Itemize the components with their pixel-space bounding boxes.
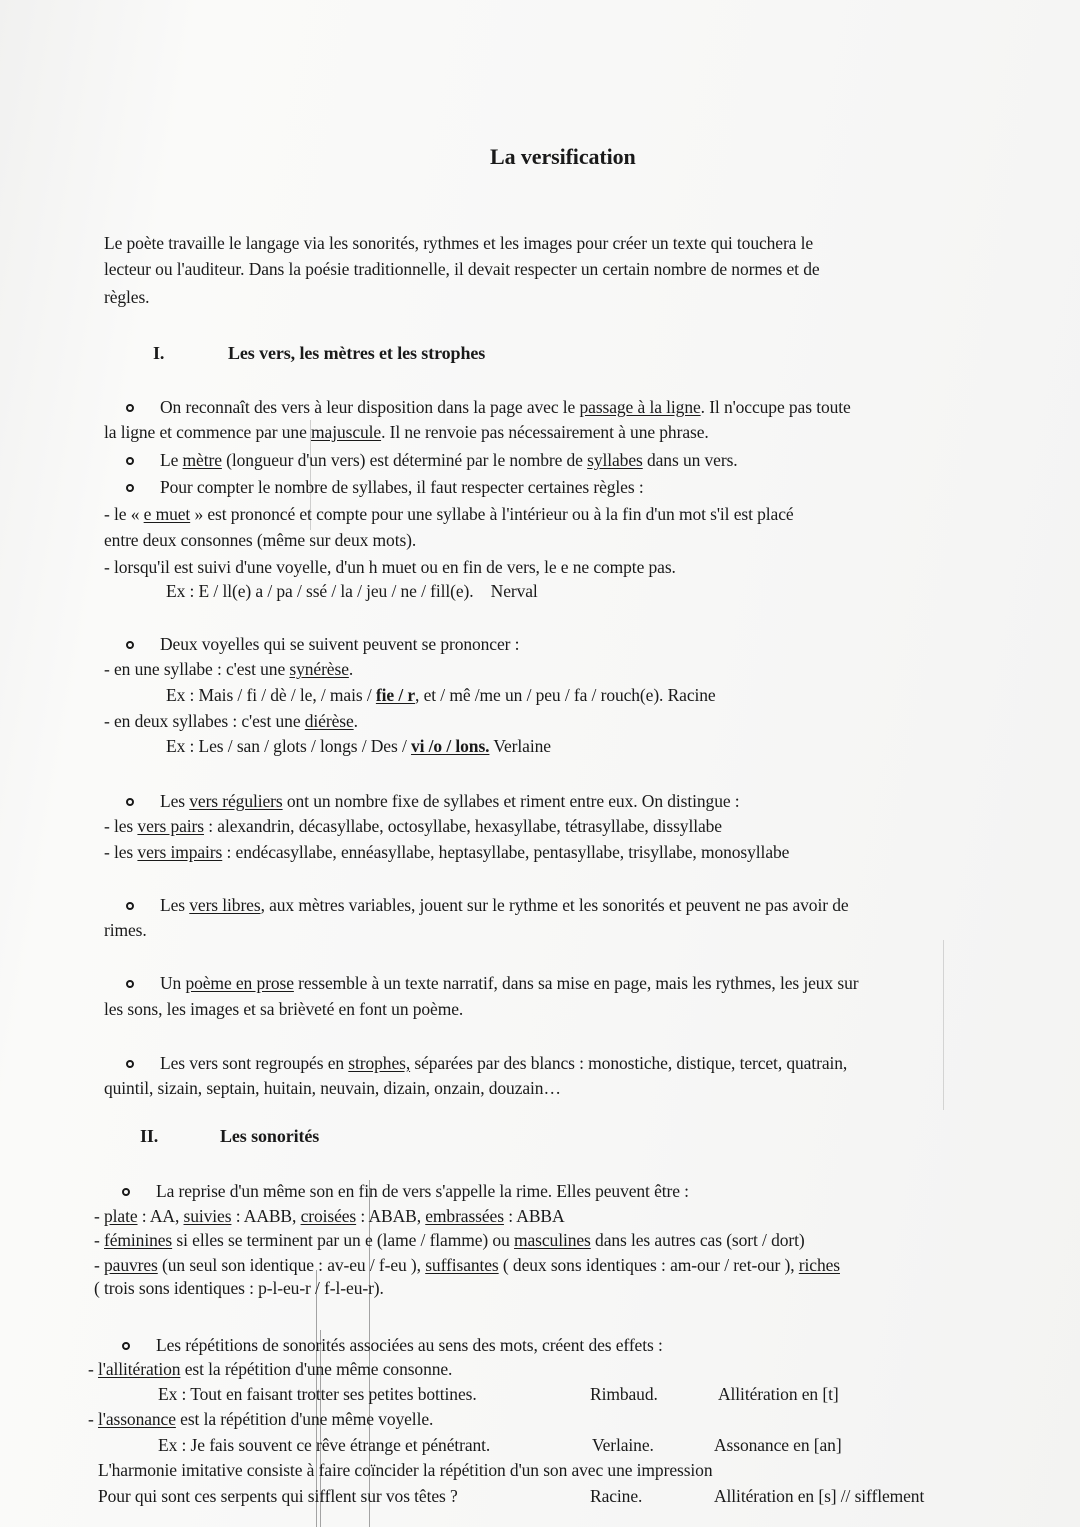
section-1-number: I. (153, 342, 164, 364)
bullet-icon (126, 484, 134, 492)
example-verlaine-author: Verlaine. (592, 1434, 654, 1456)
paragraph-vers-libres-cont: rimes. (104, 919, 147, 941)
harmonie-imitative-line: L'harmonie imitative consiste à faire co… (98, 1459, 712, 1481)
scanned-page: La versification Le poète travaille le l… (0, 0, 1080, 1527)
intro-line: règles. (104, 286, 149, 308)
section-2-number: II. (140, 1125, 158, 1147)
rule-e-muet: - le « e muet » est prononcé et compte p… (104, 503, 794, 525)
bullet-icon (122, 1188, 130, 1196)
rime-qualite-cont: ( trois sons identiques : p-l-eu-r / f-l… (94, 1277, 384, 1299)
example-verlaine: Ex : Je fais souvent ce rêve étrange et … (158, 1434, 490, 1456)
paragraph-repetitions: Les répétitions de sonorités associées a… (122, 1334, 663, 1356)
paragraph-poeme-prose-cont: les sons, les images et sa brièveté en f… (104, 998, 463, 1020)
bullet-icon (126, 641, 134, 649)
dierese-line: - en deux syllabes : c'est une diérèse. (104, 710, 358, 732)
bullet-icon (126, 457, 134, 465)
rime-qualite-line: - pauvres (un seul son identique : av-eu… (94, 1254, 840, 1276)
alliteration-line: - l'allitération est la répétition d'une… (88, 1358, 452, 1380)
example-rimbaud-note: Allitération en [t] (718, 1383, 839, 1405)
rime-disposition-line: - plate : AA, suivies : AABB, croisées :… (94, 1205, 565, 1227)
bullet-icon (126, 902, 134, 910)
page-title: La versification (490, 146, 636, 168)
bullet-icon (126, 1060, 134, 1068)
section-1-heading: Les vers, les mètres et les strophes (228, 342, 485, 364)
bullet-icon (126, 798, 134, 806)
synerese-line: - en une syllabe : c'est une synérèse. (104, 658, 353, 680)
paragraph-vers-cont: la ligne et commence par une majuscule. … (104, 421, 709, 443)
paragraph-vers: On reconnaît des vers à leur disposition… (126, 396, 851, 418)
intro-line: Le poète travaille le langage via les so… (104, 232, 813, 254)
bullet-icon (122, 1342, 130, 1350)
vers-pairs-line: - les vers pairs : alexandrin, décasylla… (104, 815, 722, 837)
vers-impairs-line: - les vers impairs : endécasyllabe, enné… (104, 841, 789, 863)
example-racine-note: Allitération en [s] // sifflement (714, 1485, 924, 1507)
assonance-line: - l'assonance est la répétition d'une mê… (88, 1408, 433, 1430)
paragraph-vers-libres: Les vers libres, aux mètres variables, j… (126, 894, 849, 916)
section-2-heading: Les sonorités (220, 1125, 319, 1147)
bullet-icon (126, 404, 134, 412)
example-racine-synerese: Ex : Mais / fi / dè / le, / mais / fie /… (166, 684, 716, 706)
paragraph-poeme-prose: Un poème en prose ressemble à un texte n… (126, 972, 858, 994)
scan-fold-line (943, 940, 944, 1110)
rule-e-muet-cont: entre deux consonnes (même sur deux mots… (104, 529, 416, 551)
rule-voyelle: - lorsqu'il est suivi d'une voyelle, d'u… (104, 556, 676, 578)
paragraph-voyelles: Deux voyelles qui se suivent peuvent se … (126, 633, 519, 655)
example-nerval: Ex : E / ll(e) a / pa / ssé / la / jeu /… (166, 580, 538, 602)
paragraph-strophes-cont: quintil, sizain, septain, huitain, neuva… (104, 1077, 561, 1099)
example-racine-author: Racine. (590, 1485, 642, 1507)
paragraph-compter: Pour compter le nombre de syllabes, il f… (126, 476, 644, 498)
example-rimbaud-author: Rimbaud. (590, 1383, 658, 1405)
bullet-icon (126, 980, 134, 988)
paragraph-vers-reguliers: Les vers réguliers ont un nombre fixe de… (126, 790, 740, 812)
intro-line: lecteur ou l'auditeur. Dans la poésie tr… (104, 258, 820, 280)
example-verlaine-dierese: Ex : Les / san / glots / longs / Des / v… (166, 735, 551, 757)
example-verlaine-note: Assonance en [an] (714, 1434, 842, 1456)
example-rimbaud: Ex : Tout en faisant trotter ses petites… (158, 1383, 477, 1405)
rime-genre-line: - féminines si elles se terminent par un… (94, 1229, 805, 1251)
paragraph-strophes: Les vers sont regroupés en strophes, sép… (126, 1052, 847, 1074)
paragraph-metre: Le mètre (longueur d'un vers) est déterm… (126, 449, 738, 471)
example-racine: Pour qui sont ces serpents qui sifflent … (98, 1485, 458, 1507)
paragraph-rime: La reprise d'un même son en fin de vers … (122, 1180, 689, 1202)
